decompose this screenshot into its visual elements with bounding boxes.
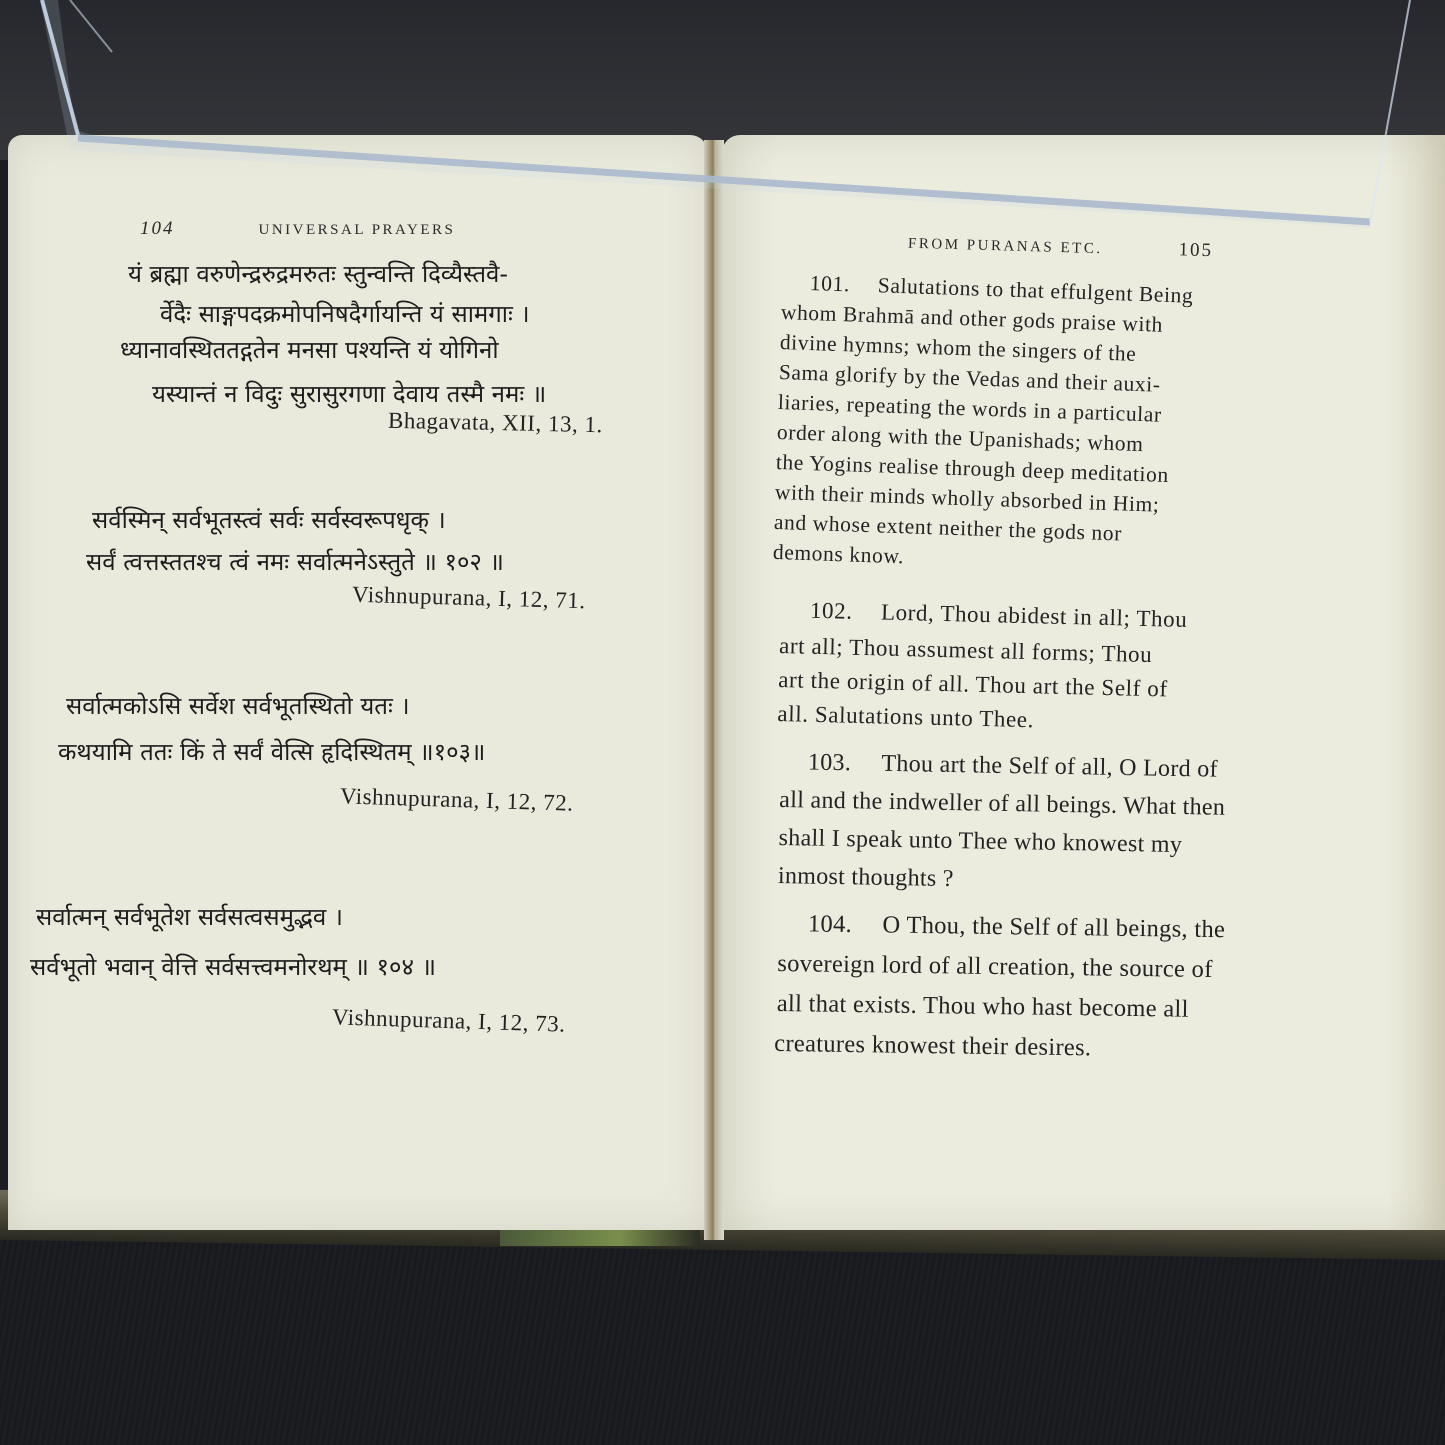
verse-line: सर्वं त्वत्तस्ततश्च त्वं नमः सर्वात्मनेऽ… — [86, 550, 504, 574]
verse-line: सर्वात्मकोऽसि सर्वेश सर्वभूतस्थितो यतः । — [66, 694, 410, 718]
paragraph-number: 101. — [810, 271, 851, 296]
paragraph-line: creatures knowest their desires. — [774, 1032, 1091, 1061]
left-page-header: 104 UNIVERSAL PRAYERS — [140, 218, 455, 240]
paragraph-line: inmost thoughts ? — [778, 864, 954, 891]
page-number: 104 — [140, 218, 175, 239]
running-head: UNIVERSAL PRAYERS — [259, 222, 456, 238]
verse-line: सर्वस्मिन् सर्वभूतस्त्वं सर्वः सर्वस्वरू… — [92, 508, 446, 532]
paragraph-number: 104. — [808, 910, 852, 938]
book-gutter — [704, 140, 724, 1240]
verse-line: ध्यानावस्थिततद्गतेन मनसा पश्यन्ति यं योग… — [120, 338, 499, 362]
running-head: FROM PURANAS ETC. — [908, 236, 1103, 257]
leather-surface — [0, 1235, 1445, 1445]
verse-line: सर्वभूतो भवान् वेत्ति सर्वसत्त्वमनोरथम् … — [30, 955, 436, 979]
verse-line: यं ब्रह्मा वरुणेन्द्ररुद्रमरुतः स्तुन्वन… — [128, 262, 508, 286]
page-number: 105 — [1178, 239, 1213, 261]
paragraph-line: O Thou, the Self of all beings, the — [882, 911, 1225, 943]
paragraph-line: demons know. — [773, 542, 905, 568]
paragraph-line: all that exists. Thou who hast become al… — [777, 992, 1189, 1022]
verse-line: कथयामि ततः किं ते सर्वं वेत्सि हृदिस्थित… — [58, 740, 485, 764]
paragraph-number: 102. — [810, 598, 853, 624]
verse-line: यस्यान्तं न विदुः सुरासुरगणा देवाय तस्मै… — [152, 382, 546, 406]
verse-line: सर्वात्मन् सर्वभूतेश सर्वसत्वसमुद्भव । — [36, 905, 343, 929]
verse-line: र्वेदैः साङ्गपदक्रमोपनिषदैर्गायन्ति यं स… — [160, 302, 530, 326]
paragraph-line: all. Salutations unto Thee. — [777, 702, 1034, 731]
paragraph-number: 103. — [808, 749, 852, 776]
verse-citation: Bhagavata, XII, 13, 1. — [388, 408, 603, 438]
